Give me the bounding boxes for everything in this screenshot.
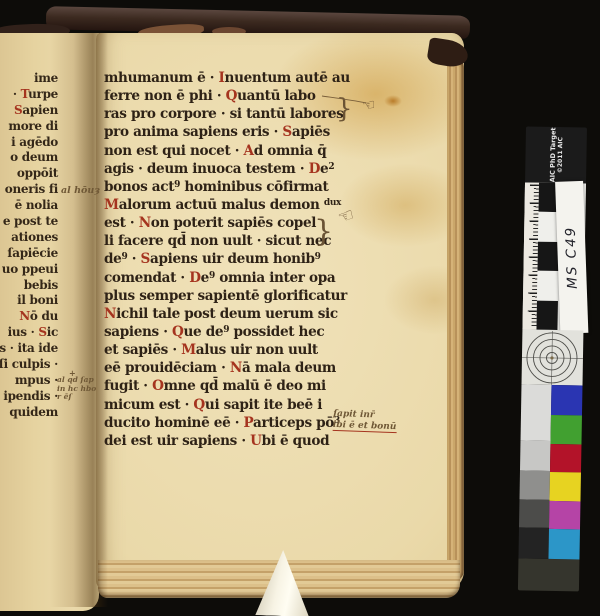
text-line: ras pro corpore · si tantū labores	[104, 106, 350, 124]
text-line: de9 · Sapiens uir deum honib9	[104, 251, 350, 269]
target-patch	[548, 529, 580, 560]
checker-square	[537, 241, 559, 271]
target-title: AIC PhD Target	[548, 127, 557, 183]
target-header: AIC PhD Target ©2011 AIC	[525, 126, 587, 183]
gutter-shadow	[50, 33, 108, 607]
text-line: Nō du	[0, 309, 58, 325]
text-line: o deum	[0, 150, 58, 166]
stain	[384, 95, 402, 107]
margin-note: al hōuȝ	[61, 185, 100, 196]
text-line: ferre non ē phi · Quantū labo	[104, 88, 350, 106]
shelfmark-label: MS C49	[555, 181, 588, 334]
text-line: il boni	[0, 293, 58, 309]
text-line: ipendis ·	[0, 389, 58, 405]
text-line: i agēdo	[0, 135, 58, 151]
text-line: agis · deum inuoca testem · De2	[104, 161, 350, 179]
target-ruler-section: MS C49	[522, 182, 586, 330]
manuscript-photo: ime· TurpeSapienmore dii agēdoo deumoppō…	[0, 0, 600, 616]
target-patch	[520, 440, 551, 471]
text-line: ſapiēcie	[0, 246, 58, 262]
text-line: ime	[0, 71, 58, 87]
target-patch	[550, 444, 581, 473]
text-line: fugit · Omne qd̄ malū ē deo mi	[104, 378, 350, 396]
text-line: sapiens · Que de9 possidet hec	[104, 324, 350, 342]
text-line: non est qui nocet · Ad omnia q̄	[104, 143, 350, 161]
annotation-line	[318, 86, 376, 116]
target-patch	[549, 501, 580, 530]
margin-note-line: r ēſ	[57, 393, 96, 402]
concentric-circles-icon	[522, 329, 584, 385]
text-line: ſi culpis ·	[0, 357, 58, 373]
text-line: bebis	[0, 278, 58, 294]
text-line: ius · Sic	[0, 325, 58, 341]
color-patch-column	[548, 385, 582, 560]
color-patches	[518, 384, 582, 559]
target-patch	[519, 499, 549, 528]
text-line: bonos act9 hominibus cōfirmat	[104, 179, 350, 197]
margin-note-line: ibi ē et bonū	[333, 420, 397, 433]
text-line: s · ita ide	[0, 341, 58, 357]
target-patch	[550, 415, 582, 445]
text-line: ationes	[0, 230, 58, 246]
target-patch	[549, 472, 581, 502]
verso-text-block: ime· TurpeSapienmore dii agēdoo deumoppō…	[0, 71, 58, 421]
text-line: ducito hominē eē · Particeps pō3	[104, 415, 350, 433]
text-line: eē prouidēciam · Nā mala deum	[104, 360, 350, 378]
bottom-gray-patch	[518, 558, 580, 591]
checker-square	[536, 300, 558, 330]
shelfmark-text: MS C49	[561, 187, 582, 327]
text-line: oppōit	[0, 166, 58, 182]
text-line: Nichil tale post deum uerum sic	[104, 306, 350, 324]
text-line: oneris fi	[0, 182, 58, 198]
target-header-text: AIC PhD Target ©2011 AIC	[548, 127, 564, 183]
text-line: et sapiēs · Malus uir non uult	[104, 342, 350, 360]
text-line: plus semper sapientē glorificatur	[104, 288, 350, 306]
focus-target	[522, 329, 584, 385]
text-line: pro anima sapiens eris · Sapiēs	[104, 124, 350, 142]
target-patch	[521, 384, 552, 441]
text-line: dei est uir sapiens · Ubi ē quod	[104, 433, 350, 451]
target-patch	[551, 385, 583, 416]
text-line: quidem	[0, 405, 58, 421]
text-line: mpus ·	[0, 373, 58, 389]
text-line: uo ppeui	[0, 262, 58, 278]
fore-edge-pages	[447, 58, 464, 582]
text-line: e post te	[0, 214, 58, 230]
text-line: micum est · Qui sapit ite beē i	[104, 397, 350, 415]
recto-text-block: mhumanum ē · Inuentum autē auferre non ē…	[104, 70, 350, 451]
text-line: ē nolia	[0, 198, 58, 214]
text-line: · Turpe	[0, 87, 58, 103]
text-line: mhumanum ē · Inuentum autē au	[104, 70, 350, 88]
margin-note: al qd ſapin hc hbor ēſ	[57, 376, 96, 402]
text-line: comendat · De9 omnia inter opa	[104, 270, 350, 288]
color-calibration-target: AIC PhD Target ©2011 AIC MS C49	[518, 126, 587, 591]
brace-mark-icon: }	[314, 214, 333, 249]
text-line: Malorum actuū malus demon dux	[104, 197, 350, 215]
checker-square	[537, 271, 559, 301]
text-line: Sapien	[0, 103, 58, 119]
target-patch	[518, 527, 549, 559]
gray-patch-column	[518, 384, 551, 558]
margin-note: ſapit inr̄ibi ē et bonū	[333, 409, 397, 433]
text-line: more di	[0, 119, 58, 135]
target-patch	[519, 470, 550, 500]
